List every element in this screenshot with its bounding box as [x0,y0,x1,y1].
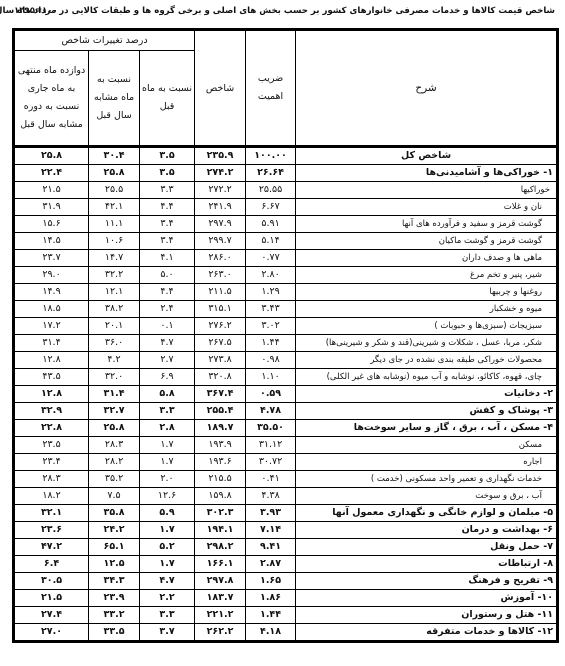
row-twelve-month: ۳۱.۴ [14,335,89,352]
row-weight: ۵.۱۴ [246,233,296,250]
row-weight: ۴.۳۸ [246,488,296,505]
row-description: شکر، مربا، عسل ، شکلات و شیرینی(قند و شک… [296,335,558,352]
row-description: ۱- خوراکی‌ها و آشامیدنی‌ها [296,165,558,182]
row-weight: ۱.۸۶ [246,590,296,607]
row-weight: ۰.۹۸ [246,352,296,369]
table-row: ۷- حمل ونقل۹.۴۱۲۹۸.۲۵.۲۶۵.۱۴۷.۲ [14,539,558,556]
row-weight: ۳۱.۱۲ [246,437,296,454]
row-vs-same-month-last-year: ۳۵.۲ [89,471,140,488]
row-description: ۸- ارتباطات [296,556,558,573]
row-index: ۱۸۹.۷ [195,420,246,437]
row-description: آب ، برق و سوخت [296,488,558,505]
row-description: خدمات نگهداری و تعمیر واحد مسکونی (خدمت … [296,471,558,488]
row-vs-same-month-last-year: ۶۵.۱ [89,539,140,556]
row-weight: ۳۰.۷۲ [246,454,296,471]
table-row: اجاره۳۰.۷۲۱۹۳.۶۱.۷۲۸.۲۲۳.۴ [14,454,558,471]
row-twelve-month: ۱۴.۵ [14,233,89,250]
row-index: ۲۶۷.۵ [195,335,246,352]
row-vs-same-month-last-year: ۴۲.۱ [89,199,140,216]
table-row: ۹- تفریح و فرهنگ۱.۶۵۲۹۷.۸۴.۷۳۴.۳۳۰.۵ [14,573,558,590]
row-index: ۲۹۹.۷ [195,233,246,250]
row-weight: ۷.۱۴ [246,522,296,539]
row-vs-same-month-last-year: ۱۲.۱ [89,284,140,301]
row-vs-same-month-last-year: ۳۲.۰ [89,369,140,386]
row-vs-prev-month: ۵.۰ [140,267,195,284]
table-row: ۸- ارتباطات۲.۸۷۱۶۶.۱۱.۷۱۲.۵۶.۴ [14,556,558,573]
row-twelve-month: ۶.۴ [14,556,89,573]
row-weight: ۱.۴۴ [246,607,296,624]
row-weight: ۱.۴۴ [246,335,296,352]
col-header-index: شاخص [195,30,246,147]
row-vs-same-month-last-year: ۴.۲ [89,352,140,369]
row-weight: ۲.۸۷ [246,556,296,573]
row-twelve-month: ۲۳.۴ [14,454,89,471]
row-description: گوشت قرمز و گوشت ماکیان [296,233,558,250]
row-description: ۲- دخانیات [296,386,558,403]
table-row: مسکن۳۱.۱۲۱۹۳.۹۱.۷۲۸.۳۲۳.۵ [14,437,558,454]
row-index: ۲۷۶.۲ [195,318,246,335]
row-vs-prev-month: ۲.۴ [140,301,195,318]
row-weight: ۵.۹۱ [246,216,296,233]
row-description: ۱۱- هتل و رستوران [296,607,558,624]
row-weight: ۳.۰۲ [246,318,296,335]
table-row: محصولات خوراکی طبقه بندی نشده در جای دیگ… [14,352,558,369]
row-vs-prev-month: ۵.۲ [140,539,195,556]
row-description: روغنها و چربیها [296,284,558,301]
row-index: ۳۶۷.۴ [195,386,246,403]
row-index: ۱۹۳.۶ [195,454,246,471]
row-description: ۶- بهداشت و درمان [296,522,558,539]
row-twelve-month: ۱۵.۶ [14,216,89,233]
row-vs-prev-month: ۴.۷ [140,335,195,352]
row-weight: ۳۵.۵۰ [246,420,296,437]
row-index: ۳۱۵.۱ [195,301,246,318]
table-row: روغنها و چربیها۱.۲۹۲۱۱.۵۴.۴۱۲.۱۱۴.۹ [14,284,558,301]
row-vs-prev-month: ۱.۷ [140,522,195,539]
row-vs-prev-month: ۳.۴ [140,216,195,233]
row-twelve-month: ۴۳.۵ [14,369,89,386]
row-twelve-month: ۲۲.۴ [14,165,89,182]
row-vs-same-month-last-year: ۱۱.۱ [89,216,140,233]
table-row: خوراکیها۲۵.۵۵۲۷۲.۲۳.۳۲۵.۵۲۱.۵ [14,182,558,199]
row-index: ۲۴۱.۹ [195,199,246,216]
row-description: ۱۲- کالاها و خدمات متفرقه [296,624,558,642]
row-index: ۲۵۵.۴ [195,403,246,420]
row-twelve-month: ۱۸.۵ [14,301,89,318]
row-index: ۲۱۵.۵ [195,471,246,488]
row-vs-prev-month: ۱.۷ [140,556,195,573]
row-index: ۲۷۳.۸ [195,352,246,369]
table-row: نان و غلات۶.۶۷۲۴۱.۹۴.۴۴۲.۱۳۱.۹ [14,199,558,216]
row-twelve-month: ۲۷.۴ [14,607,89,624]
table-body: شاخص کل۱۰۰.۰۰۲۳۵.۹۳.۵۳۰.۴۲۵.۸۱- خوراکی‌ه… [14,147,558,642]
row-description: اجاره [296,454,558,471]
row-weight: ۱.۱۰ [246,369,296,386]
row-vs-prev-month: ۱۲.۶ [140,488,195,505]
row-vs-prev-month: ۳.۳ [140,403,195,420]
row-vs-same-month-last-year: ۳۳.۲ [89,607,140,624]
row-twelve-month: ۳۲.۱ [14,505,89,522]
row-vs-same-month-last-year: ۳۸.۲ [89,301,140,318]
row-index: ۲۹۷.۹ [195,216,246,233]
row-vs-prev-month: ۳.۷ [140,624,195,642]
col-header-vs-prev-month: نسبت به ماه قبل [140,51,195,147]
row-vs-prev-month: ۲.۷ [140,352,195,369]
row-vs-prev-month: ۰.۱ [140,318,195,335]
row-index: ۱۹۴.۱ [195,522,246,539]
row-index: ۲۶۲.۲ [195,624,246,642]
row-vs-same-month-last-year: ۲۵.۸ [89,420,140,437]
row-vs-same-month-last-year: ۳۱.۴ [89,386,140,403]
row-description: نان و غلات [296,199,558,216]
row-description: مسکن [296,437,558,454]
row-weight: ۲.۸۰ [246,267,296,284]
row-vs-prev-month: ۲.۲ [140,590,195,607]
col-header-twelve-month: دوازده ماه منتهی به ماه جاری نسبت به دور… [14,51,89,147]
table-row: گوشت قرمز و سفید و فرآورده های آنها۵.۹۱۲… [14,216,558,233]
row-index: ۱۵۹.۸ [195,488,246,505]
row-index: ۲۱۱.۵ [195,284,246,301]
row-weight: ۱.۶۵ [246,573,296,590]
table-row: ۱۱- هتل و رستوران۱.۴۴۲۲۱.۲۳.۳۳۳.۲۲۷.۴ [14,607,558,624]
row-index: ۳۲۰.۸ [195,369,246,386]
row-description: ۵- مبلمان و لوازم خانگی و نگهداری معمول … [296,505,558,522]
row-vs-same-month-last-year: ۷.۵ [89,488,140,505]
row-vs-prev-month: ۶.۹ [140,369,195,386]
row-vs-prev-month: ۱.۷ [140,454,195,471]
table-row: ۱۰- آموزش۱.۸۶۱۸۳.۷۲.۲۲۳.۹۲۱.۵ [14,590,558,607]
row-vs-same-month-last-year: ۳۳.۵ [89,624,140,642]
row-index: ۲۷۴.۲ [195,165,246,182]
row-index: ۲۸۶.۰ [195,250,246,267]
row-index: ۱۶۶.۱ [195,556,246,573]
row-vs-same-month-last-year: ۲۸.۳ [89,437,140,454]
table-row: شکر، مربا، عسل ، شکلات و شیرینی(قند و شک… [14,335,558,352]
row-index: ۲۹۷.۸ [195,573,246,590]
row-vs-prev-month: ۳.۵ [140,147,195,165]
row-description: میوه و خشکبار [296,301,558,318]
row-vs-same-month-last-year: ۳۶.۰ [89,335,140,352]
row-twelve-month: ۲۵.۸ [14,147,89,165]
row-weight: ۴.۷۸ [246,403,296,420]
row-vs-prev-month: ۴.۴ [140,199,195,216]
cpi-table: شرح ضریب اهمیت شاخص درصد تغییرات شاخص نس… [12,28,559,643]
table-row: ۲- دخانیات۰.۵۹۳۶۷.۴۵.۸۳۱.۴۱۲.۸ [14,386,558,403]
col-header-vs-same-month-last-year: نسبت به ماه مشابه سال قبل [89,51,140,147]
row-vs-same-month-last-year: ۱۰.۶ [89,233,140,250]
row-description: خوراکیها [296,182,558,199]
row-vs-same-month-last-year: ۳۵.۸ [89,505,140,522]
row-twelve-month: ۲۲.۸ [14,420,89,437]
row-twelve-month: ۲۹.۰ [14,267,89,284]
row-vs-same-month-last-year: ۲۰.۱ [89,318,140,335]
row-description: ماهی ها و صدف داران [296,250,558,267]
table-row: گوشت قرمز و گوشت ماکیان۵.۱۴۲۹۹.۷۳.۴۱۰.۶۱… [14,233,558,250]
row-vs-same-month-last-year: ۲۴.۲ [89,522,140,539]
col-header-description: شرح [296,30,558,147]
row-weight: ۰.۵۹ [246,386,296,403]
table-title: شاخص قیمت کالاها و خدمات مصرفی خانوارهای… [0,6,555,16]
row-twelve-month: ۱۸.۲ [14,488,89,505]
row-vs-same-month-last-year: ۳۲.۲ [89,267,140,284]
row-twelve-month: ۳۲.۹ [14,403,89,420]
row-vs-prev-month: ۴.۱ [140,250,195,267]
row-weight: ۴.۱۸ [246,624,296,642]
row-twelve-month: ۲۳.۷ [14,250,89,267]
table-row: ۱- خوراکی‌ها و آشامیدنی‌ها۲۶.۶۴۲۷۴.۲۳.۵۲… [14,165,558,182]
row-index: ۱۸۳.۷ [195,590,246,607]
row-weight: ۲۶.۶۴ [246,165,296,182]
row-vs-prev-month: ۱.۷ [140,437,195,454]
table-row: ۱۲- کالاها و خدمات متفرقه۴.۱۸۲۶۲.۲۳.۷۳۳.… [14,624,558,642]
row-index: ۲۲۱.۲ [195,607,246,624]
table-row: ۵- مبلمان و لوازم خانگی و نگهداری معمول … [14,505,558,522]
row-twelve-month: ۱۴.۹ [14,284,89,301]
row-weight: ۳.۹۳ [246,505,296,522]
page-header: شاخص قیمت کالاها و خدمات مصرفی خانوارهای… [0,6,565,22]
row-vs-prev-month: ۲.۸ [140,420,195,437]
row-description: ۱۰- آموزش [296,590,558,607]
row-twelve-month: ۲۳.۵ [14,437,89,454]
row-vs-same-month-last-year: ۲۳.۹ [89,590,140,607]
row-vs-prev-month: ۵.۹ [140,505,195,522]
row-description: ۳- پوشاک و کفش [296,403,558,420]
row-index: ۳۰۲.۳ [195,505,246,522]
row-index: ۱۹۳.۹ [195,437,246,454]
row-vs-prev-month: ۳.۴ [140,233,195,250]
row-twelve-month: ۱۷.۲ [14,318,89,335]
row-weight: ۰.۴۱ [246,471,296,488]
row-description: ۴- مسکن ، آب ، برق ، گاز و سایر سوخت‌ها [296,420,558,437]
row-twelve-month: ۲۷.۰ [14,624,89,642]
row-twelve-month: ۲۱.۵ [14,182,89,199]
table-row: شیر، پنیر و تخم مرغ۲.۸۰۲۶۳.۰۵.۰۳۲.۲۲۹.۰ [14,267,558,284]
row-twelve-month: ۲۳.۶ [14,522,89,539]
row-description: گوشت قرمز و سفید و فرآورده های آنها [296,216,558,233]
row-vs-prev-month: ۳.۵ [140,165,195,182]
col-header-pct-change-group: درصد تغییرات شاخص [14,30,195,51]
row-weight: ۱۰۰.۰۰ [246,147,296,165]
row-description: سبزیجات (سبزی‌ها و حبوبات ) [296,318,558,335]
row-vs-prev-month: ۴.۷ [140,573,195,590]
row-vs-same-month-last-year: ۳۲.۷ [89,403,140,420]
row-vs-same-month-last-year: ۳۴.۳ [89,573,140,590]
row-twelve-month: ۴۷.۲ [14,539,89,556]
table-row: ۴- مسکن ، آب ، برق ، گاز و سایر سوخت‌ها۳… [14,420,558,437]
row-twelve-month: ۲۸.۳ [14,471,89,488]
table-row: ۶- بهداشت و درمان۷.۱۴۱۹۴.۱۱.۷۲۴.۲۲۳.۶ [14,522,558,539]
row-twelve-month: ۳۱.۹ [14,199,89,216]
row-description: ۷- حمل ونقل [296,539,558,556]
row-twelve-month: ۳۰.۵ [14,573,89,590]
row-vs-same-month-last-year: ۲۵.۸ [89,165,140,182]
row-index: ۲۷۲.۲ [195,182,246,199]
col-header-weight: ضریب اهمیت [246,30,296,147]
row-description: شاخص کل [296,147,558,165]
base-year-label: ۱۳۹۵=۱۰۰ [14,6,58,16]
row-index: ۲۶۳.۰ [195,267,246,284]
table-row: میوه و خشکبار۳.۴۳۳۱۵.۱۲.۴۳۸.۲۱۸.۵ [14,301,558,318]
table-row: ماهی ها و صدف داران۰.۷۷۲۸۶.۰۴.۱۱۴.۷۲۳.۷ [14,250,558,267]
row-description: چای، قهوه، کاکائو، نوشابه و آب میوه (نوش… [296,369,558,386]
row-vs-prev-month: ۲.۰ [140,471,195,488]
row-weight: ۹.۴۱ [246,539,296,556]
row-weight: ۶.۶۷ [246,199,296,216]
row-weight: ۰.۷۷ [246,250,296,267]
row-vs-same-month-last-year: ۲۵.۵ [89,182,140,199]
row-vs-prev-month: ۳.۳ [140,607,195,624]
row-weight: ۲۵.۵۵ [246,182,296,199]
row-vs-same-month-last-year: ۲۸.۲ [89,454,140,471]
row-vs-prev-month: ۳.۳ [140,182,195,199]
row-vs-same-month-last-year: ۱۲.۵ [89,556,140,573]
row-weight: ۳.۴۳ [246,301,296,318]
row-weight: ۱.۲۹ [246,284,296,301]
table-row: چای، قهوه، کاکائو، نوشابه و آب میوه (نوش… [14,369,558,386]
row-twelve-month: ۱۲.۸ [14,352,89,369]
row-twelve-month: ۱۲.۸ [14,386,89,403]
row-twelve-month: ۲۱.۵ [14,590,89,607]
row-vs-prev-month: ۴.۴ [140,284,195,301]
row-vs-same-month-last-year: ۳۰.۴ [89,147,140,165]
row-index: ۲۹۸.۲ [195,539,246,556]
row-description: محصولات خوراکی طبقه بندی نشده در جای دیگ… [296,352,558,369]
table-row: سبزیجات (سبزی‌ها و حبوبات )۳.۰۲۲۷۶.۲۰.۱۲… [14,318,558,335]
table-row: شاخص کل۱۰۰.۰۰۲۳۵.۹۳.۵۳۰.۴۲۵.۸ [14,147,558,165]
row-index: ۲۳۵.۹ [195,147,246,165]
row-vs-same-month-last-year: ۱۴.۷ [89,250,140,267]
table-row: ۳- پوشاک و کفش۴.۷۸۲۵۵.۴۳.۳۳۲.۷۳۲.۹ [14,403,558,420]
row-description: ۹- تفریح و فرهنگ [296,573,558,590]
row-description: شیر، پنیر و تخم مرغ [296,267,558,284]
row-vs-prev-month: ۵.۸ [140,386,195,403]
table-row: خدمات نگهداری و تعمیر واحد مسکونی (خدمت … [14,471,558,488]
table-row: آب ، برق و سوخت۴.۳۸۱۵۹.۸۱۲.۶۷.۵۱۸.۲ [14,488,558,505]
